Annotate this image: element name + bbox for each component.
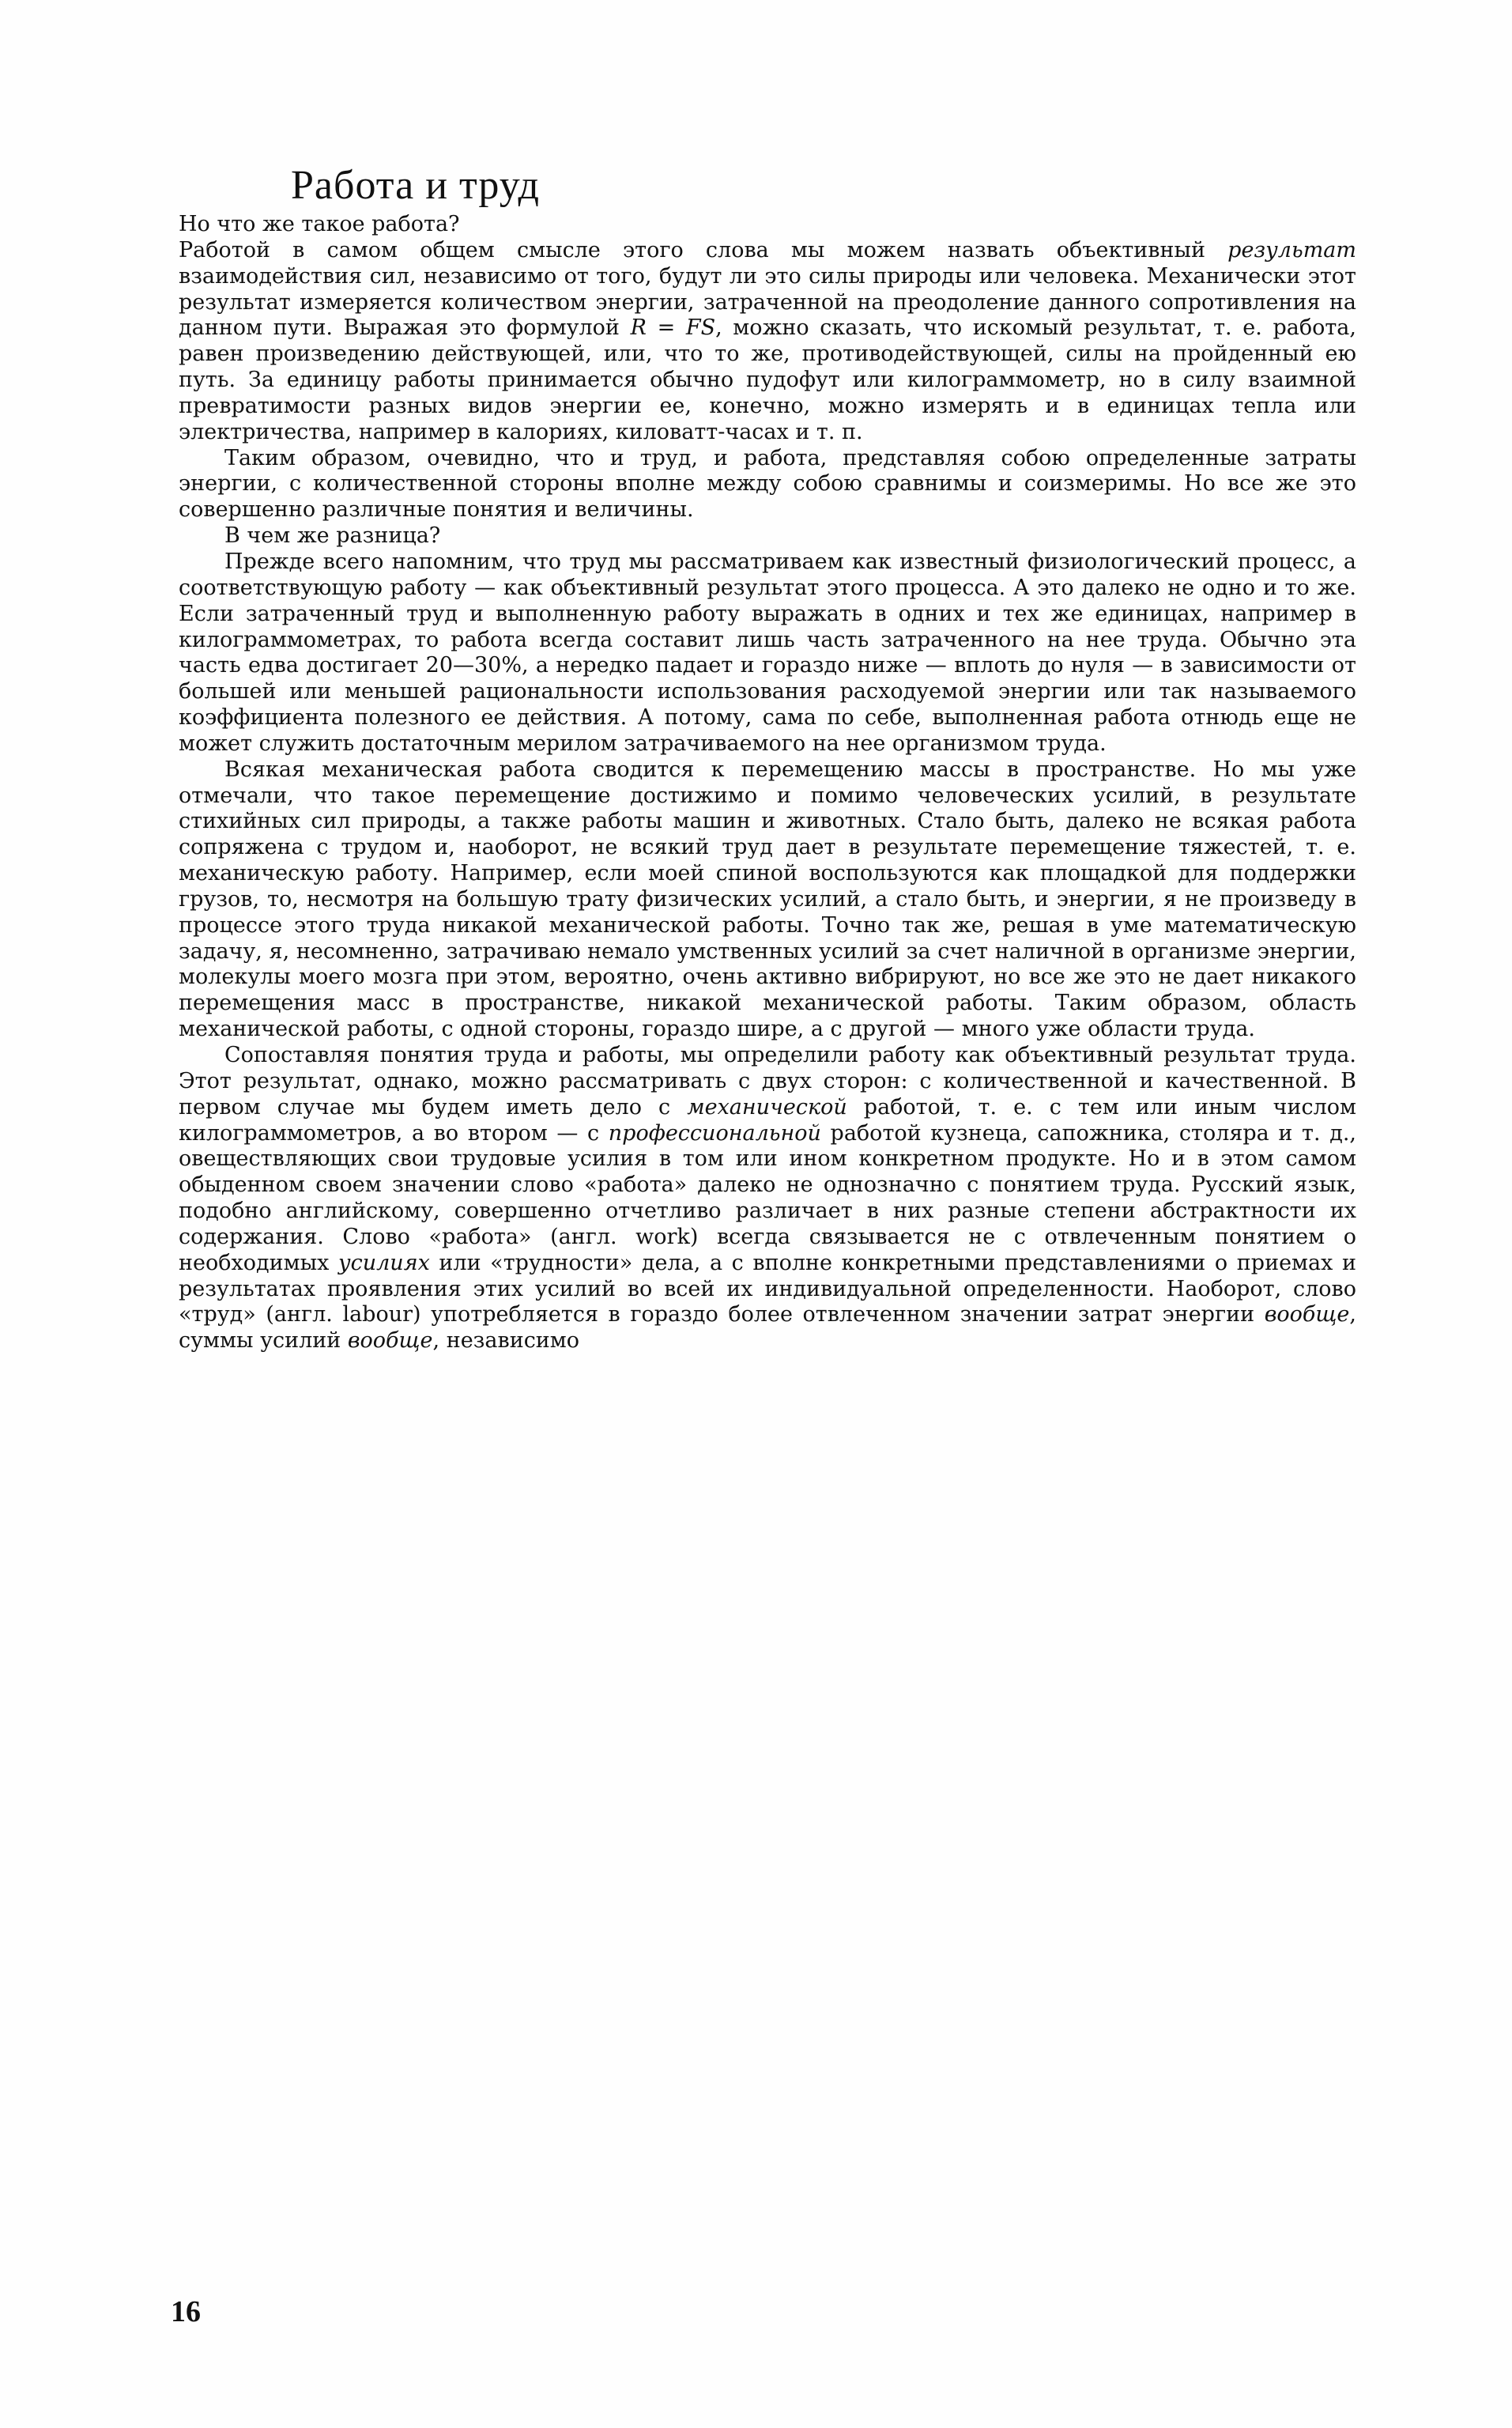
paragraph: В чем же разница? xyxy=(179,523,1356,549)
paragraph: Но что же такое работа? xyxy=(179,212,1356,238)
emphasis-text: механической xyxy=(687,1095,847,1120)
text-run: Таким образом, очевидно, что и труд, и р… xyxy=(179,446,1356,523)
emphasis-text: FS xyxy=(686,315,715,340)
emphasis-text: профессиональной xyxy=(609,1121,821,1146)
text-run: В чем же разница? xyxy=(224,523,440,548)
emphasis-text: R xyxy=(631,315,647,340)
text-run: , независимо xyxy=(433,1328,580,1353)
emphasis-text: усилиях xyxy=(338,1251,430,1275)
emphasis-text: вообще xyxy=(348,1328,433,1353)
text-run: = xyxy=(647,315,686,340)
text-run: Работой в самом общем смысле этого слова… xyxy=(179,238,1227,262)
text-run: Всякая механическая работа сводится к пе… xyxy=(179,757,1356,1041)
text-run: Прежде всего напомним, что труд мы рассм… xyxy=(179,549,1356,756)
paragraph: Сопоставляя понятия труда и работы, мы о… xyxy=(179,1043,1356,1354)
paragraph: Всякая механическая работа сводится к пе… xyxy=(179,757,1356,1043)
paragraph: Таким образом, очевидно, что и труд, и р… xyxy=(179,446,1356,524)
page-number: 16 xyxy=(171,2294,201,2329)
body-text: Но что же такое работа?Работой в самом о… xyxy=(179,212,1356,1354)
paragraph: Прежде всего напомним, что труд мы рассм… xyxy=(179,549,1356,757)
emphasis-text: вообще xyxy=(1265,1302,1350,1327)
paragraph: Работой в самом общем смысле этого слова… xyxy=(179,238,1356,446)
page-title: Работа и труд xyxy=(291,162,540,209)
text-run: Но что же такое работа? xyxy=(179,212,460,236)
emphasis-text: результат xyxy=(1227,238,1356,262)
book-page: Работа и труд Но что же такое работа?Раб… xyxy=(0,0,1512,2428)
